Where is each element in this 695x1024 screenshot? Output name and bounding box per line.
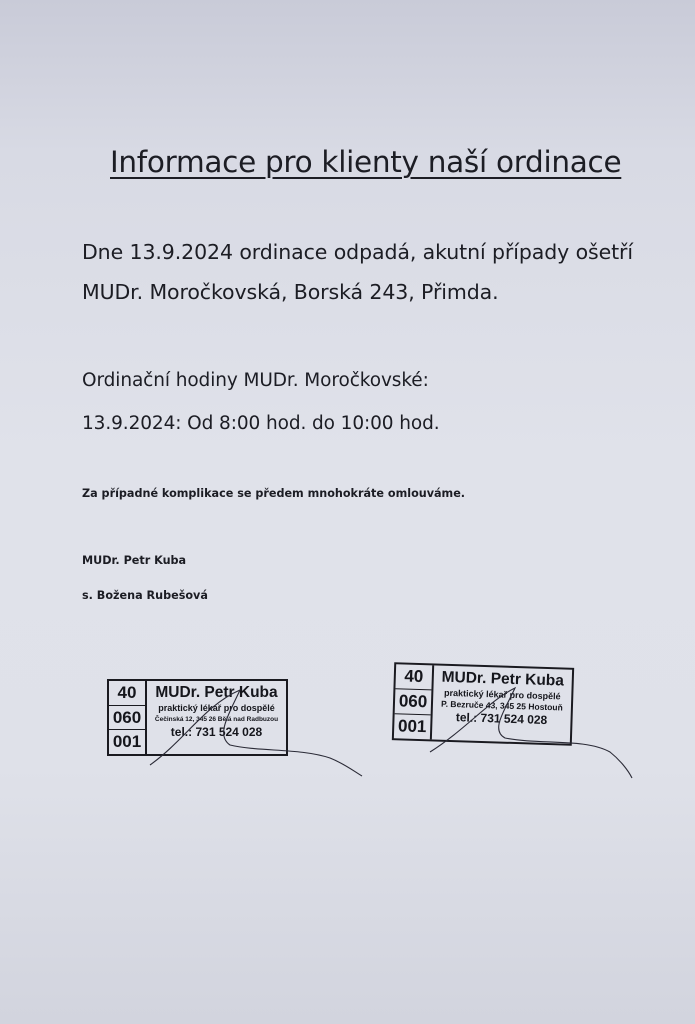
stamp-tel: tel.: 731 524 028 bbox=[436, 710, 566, 729]
document-title: Informace pro klienty naší ordinace bbox=[110, 145, 621, 179]
doctor-stamp-2: 40 060 001 MUDr. Petr Kuba praktický lék… bbox=[392, 662, 574, 746]
stamp-info: MUDr. Petr Kuba praktický lékař pro dosp… bbox=[432, 665, 572, 743]
stamp-code: 40 bbox=[395, 664, 432, 689]
paper-sheet: Informace pro klienty naší ordinace Dne … bbox=[0, 0, 695, 1024]
stamp-code: 001 bbox=[109, 729, 145, 754]
signature-doctor: MUDr. Petr Kuba bbox=[82, 554, 186, 567]
stamp-name: MUDr. Petr Kuba bbox=[151, 684, 282, 702]
signature-nurse: s. Božena Rubešová bbox=[82, 589, 208, 602]
stamp-codes: 40 060 001 bbox=[109, 681, 147, 754]
hours-line: 13.9.2024: Od 8:00 hod. do 10:00 hod. bbox=[82, 413, 440, 434]
apology-text: Za případné komplikace se předem mnohokr… bbox=[82, 487, 465, 500]
stamp-tel: tel.: 731 524 028 bbox=[151, 725, 282, 740]
stamp-role: praktický lékař pro dospělé bbox=[151, 702, 282, 714]
stamp-address: Čečinská 12, 345 26 Bělá nad Radbuzou bbox=[151, 714, 282, 725]
stamp-code: 060 bbox=[109, 705, 145, 730]
stamp-codes: 40 060 001 bbox=[394, 664, 434, 739]
notice-line-1: Dne 13.9.2024 ordinace odpadá, akutní př… bbox=[82, 240, 633, 264]
stamp-info: MUDr. Petr Kuba praktický lékař pro dosp… bbox=[147, 681, 286, 754]
doctor-stamp-1: 40 060 001 MUDr. Petr Kuba praktický lék… bbox=[107, 679, 288, 756]
hours-heading: Ordinační hodiny MUDr. Moročkovské: bbox=[82, 370, 429, 391]
stamp-code: 001 bbox=[394, 713, 431, 739]
notice-line-2: MUDr. Moročkovská, Borská 243, Přimda. bbox=[82, 280, 499, 304]
stamp-code: 40 bbox=[109, 681, 145, 705]
stamp-code: 060 bbox=[395, 688, 432, 714]
